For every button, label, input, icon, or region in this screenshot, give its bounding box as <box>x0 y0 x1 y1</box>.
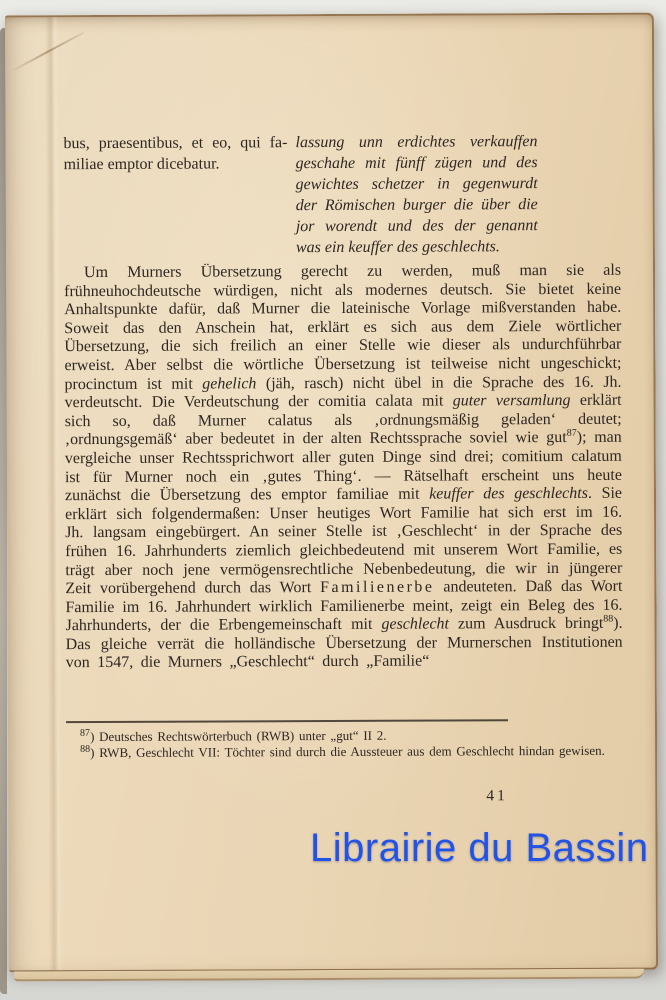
page-number: 41 <box>486 787 508 805</box>
footnote-text: ) RWB, Geschlecht VII: Töchter sind durc… <box>90 743 605 760</box>
latin-quote-line: miliae emptor dicebatur. <box>64 153 288 175</box>
paragraph-segment: Familienerbe <box>320 579 434 596</box>
footnote-separator-rule <box>66 719 508 723</box>
latin-quote-line: bus, praesentibus, et eo, qui fa- <box>63 132 287 154</box>
paragraph-segment: guter versamlung <box>453 392 571 410</box>
bilingual-quote-block: bus, praesentibus, et eo, qui fa-miliae … <box>63 131 621 259</box>
translation-quote-line: gewichtes schetzer in gegenwurdt <box>296 173 538 195</box>
paragraph-segment: zum Ausdruck bringt <box>449 615 603 633</box>
paragraph-segment: geschlecht <box>381 616 449 633</box>
footnote-marker: 88 <box>80 744 90 755</box>
bookseller-watermark: Librairie du Bassin <box>310 826 649 870</box>
footnote-reference: 88 <box>603 614 613 625</box>
translation-quote-line: was ein keuffer des geschlechts. <box>296 236 538 258</box>
paragraph-segment: gehelich <box>202 375 256 392</box>
translation-quote-line: geschahe mit fünff zügen und des <box>296 152 538 174</box>
paragraph-segment: keuffer des geschlechts <box>429 485 588 503</box>
book-photo: { "theme": { "paper_color": "#e9d5b4", "… <box>0 0 666 1000</box>
latin-quote-column: bus, praesentibus, et eo, qui fa-miliae … <box>63 132 288 259</box>
translation-quote-line: lassung unn erdichtes verkauffen <box>295 131 537 153</box>
translation-quote-line: jor worendt und des der genannt <box>296 215 538 237</box>
footnote-text: ) Deutsches Rechtswörterbuch (RWB) unter… <box>90 728 386 744</box>
footnote-marker: 87 <box>80 728 90 739</box>
footnote: 88) RWB, Geschlecht VII: Töchter sind du… <box>66 743 623 761</box>
footnotes-section: 87) Deutsches Rechtswörterbuch (RWB) unt… <box>66 727 623 761</box>
body-paragraph: Um Murners Übersetzung gerecht zu werden… <box>64 262 623 673</box>
page-fold-crease <box>45 17 63 970</box>
german-translation-quote-column: lassung unn erdichtes verkauffengeschahe… <box>295 131 538 258</box>
footnote-reference: 87 <box>567 428 577 439</box>
translation-quote-line: der Römischen burger die über die <box>296 194 538 216</box>
